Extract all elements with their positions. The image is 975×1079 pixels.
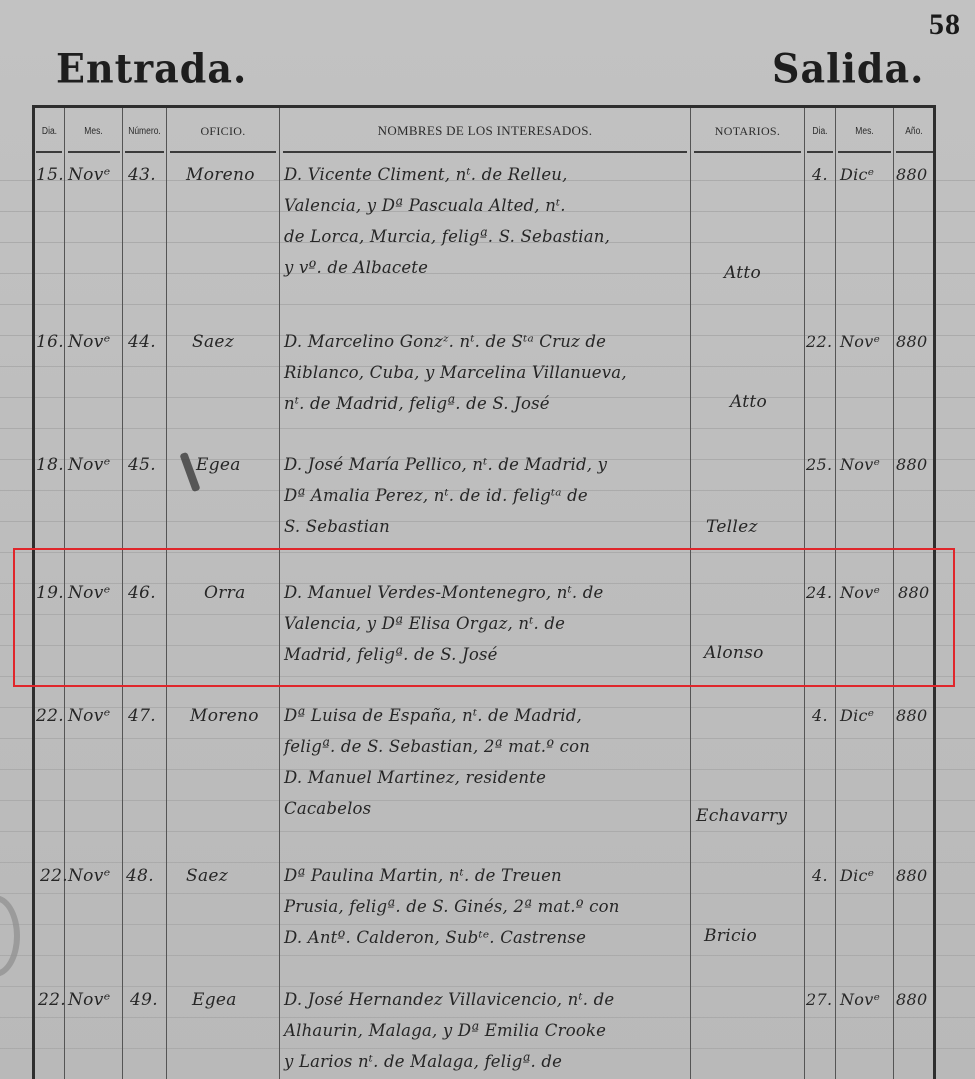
entry-mes: Novᵉ <box>68 706 111 726</box>
entry-salida-ano: 880 <box>896 332 927 351</box>
entry-salida-ano: 880 <box>896 455 927 474</box>
entry-salida-ano: 880 <box>898 583 929 602</box>
entry-dia: 22. <box>36 706 64 726</box>
entry-salida-mes: Novᵉ <box>840 455 880 474</box>
entry-mes: Novᵉ <box>68 455 111 475</box>
entry-dia: 15. <box>36 165 64 185</box>
entry-salida-dia: 4. <box>812 165 828 184</box>
entry-oficio: Saez <box>186 866 228 886</box>
entry-salida-dia: 22. <box>806 332 832 351</box>
header-rule <box>896 151 933 153</box>
nombres-line: Alhaurin, Malaga, y Dª Emilia Crooke <box>284 1015 689 1046</box>
entry-notario: Echavarry <box>696 806 787 826</box>
entry-salida-mes: Dicᵉ <box>840 165 874 184</box>
entry-oficio: Saez <box>192 332 234 352</box>
header-dia: Dia. <box>37 108 62 154</box>
entry-salida-mes: Novᵉ <box>840 332 880 351</box>
column-divider <box>804 108 805 1079</box>
entry-numero: 45. <box>128 455 156 475</box>
header-rule <box>36 151 62 153</box>
entry-notario: Tellez <box>706 517 758 537</box>
entry-salida-ano: 880 <box>896 706 927 725</box>
header-rule <box>838 151 891 153</box>
entry-numero: 43. <box>128 165 156 185</box>
entry-oficio: Moreno <box>186 165 255 185</box>
column-divider <box>893 108 894 1079</box>
page-number: 58 <box>929 8 961 42</box>
entry-salida-dia: 24. <box>806 583 832 602</box>
header-rule <box>694 151 801 153</box>
entry-nombres: D. Manuel Verdes-Montenegro, nᵗ. de Vale… <box>284 577 689 670</box>
nombres-line: S. Sebastian <box>284 511 689 542</box>
entry-salida-mes: Novᵉ <box>840 583 880 602</box>
entry-salida-dia: 25. <box>806 455 832 474</box>
nombres-line: Riblanco, Cuba, y Marcelina Villanueva, <box>284 357 689 388</box>
entry-nombres: D. José María Pellico, nᵗ. de Madrid, y … <box>284 449 689 542</box>
nombres-line: feligª. de S. Sebastian, 2ª mat.º con <box>284 731 689 762</box>
nombres-line: Cacabelos <box>284 793 689 824</box>
entry-oficio: Egea <box>196 455 241 475</box>
entry-numero: 49. <box>130 990 158 1010</box>
header-oficio: OFICIO. <box>167 108 279 154</box>
nombres-line: D. Antº. Calderon, Subᵗᵉ. Castrense <box>284 922 689 953</box>
entry-nombres: Dª Paulina Martin, nᵗ. de Treuen Prusia,… <box>284 860 689 953</box>
entry-numero: 46. <box>128 583 156 603</box>
entry-dia: 16. <box>36 332 64 352</box>
column-divider <box>64 108 65 1079</box>
entry-oficio: Orra <box>204 583 246 603</box>
entry-numero: 47. <box>128 706 156 726</box>
column-divider <box>279 108 280 1079</box>
nombres-line: Prusia, feligª. de S. Ginés, 2ª mat.º co… <box>284 891 689 922</box>
entry-mes: Novᵉ <box>68 332 111 352</box>
nombres-line: y Larios nᵗ. de Malaga, feligª. de <box>284 1046 689 1077</box>
entry-notario: Bricio <box>704 926 757 946</box>
header-mes: Mes. <box>69 108 117 154</box>
nombres-line: D. Manuel Verdes-Montenegro, nᵗ. de <box>284 577 689 608</box>
entry-mes: Novᵉ <box>68 165 111 185</box>
entry-salida-dia: 4. <box>812 706 828 725</box>
nombres-line: D. Vicente Climent, nᵗ. de Relleu, <box>284 159 689 190</box>
header-rule <box>125 151 164 153</box>
entry-notario: Atto <box>730 392 767 412</box>
register-page: 58 Entrada. Salida. Dia. Mes. Número. OF… <box>0 0 975 1079</box>
nombres-line: Dª Luisa de España, nᵗ. de Madrid, <box>284 700 689 731</box>
entry-dia: 18. <box>36 455 64 475</box>
header-salida-dia: Dia. <box>807 108 833 154</box>
entry-mes: Novᵉ <box>68 583 111 603</box>
nombres-line: nᵗ. de Madrid, feligª. de S. José <box>284 388 689 419</box>
nombres-line: Valencia, y Dª Pascuala Alted, nᵗ. <box>284 190 689 221</box>
header-salida-mes: Mes. <box>840 108 888 154</box>
column-divider <box>835 108 836 1079</box>
entry-mes: Novᵉ <box>68 990 111 1010</box>
entry-salida-mes: Dicᵉ <box>840 706 874 725</box>
entry-salida-dia: 27. <box>806 990 832 1009</box>
entry-oficio: Egea <box>192 990 237 1010</box>
nombres-line: D. Manuel Martinez, residente <box>284 762 689 793</box>
nombres-line: D. Marcelino Gonzᶻ. nᵗ. de Sᵗᵃ Cruz de <box>284 326 689 357</box>
nombres-line: D. José María Pellico, nᵗ. de Madrid, y <box>284 449 689 480</box>
entry-mes: Novᵉ <box>68 866 111 886</box>
nombres-line: y vº. de Albacete <box>284 252 689 283</box>
entry-nombres: Dª Luisa de España, nᵗ. de Madrid, felig… <box>284 700 689 824</box>
nombres-line: D. José Hernandez Villavicencio, nᵗ. de <box>284 984 689 1015</box>
entry-salida-mes: Dicᵉ <box>840 866 874 885</box>
entry-nombres: D. Vicente Climent, nᵗ. de Relleu, Valen… <box>284 159 689 283</box>
entry-nombres: D. Marcelino Gonzᶻ. nᵗ. de Sᵗᵃ Cruz de R… <box>284 326 689 419</box>
entry-dia: 22. <box>38 990 66 1010</box>
entry-salida-ano: 880 <box>896 866 927 885</box>
header-rule <box>170 151 276 153</box>
entry-nombres: D. José Hernandez Villavicencio, nᵗ. de … <box>284 984 689 1077</box>
entrada-heading: Entrada. <box>56 45 247 92</box>
header-salida-ano: Año. <box>897 108 931 154</box>
nombres-line: Dª Amalia Perez, nᵗ. de id. feligᵗᵃ de <box>284 480 689 511</box>
entry-numero: 44. <box>128 332 156 352</box>
entry-salida-mes: Novᵉ <box>840 990 880 1009</box>
column-divider <box>690 108 691 1079</box>
header-notarios: NOTARIOS. <box>691 108 804 154</box>
header-rule <box>807 151 833 153</box>
nombres-line: Dª Paulina Martin, nᵗ. de Treuen <box>284 860 689 891</box>
entry-salida-dia: 4. <box>812 866 828 885</box>
nombres-line: Madrid, feligª. de S. José <box>284 639 689 670</box>
entry-salida-ano: 880 <box>896 990 927 1009</box>
column-divider <box>122 108 123 1079</box>
entry-dia: 22. <box>40 866 68 886</box>
header-nombres: NOMBRES DE LOS INTERESADOS. <box>280 108 690 154</box>
entry-oficio: Moreno <box>190 706 259 726</box>
column-divider <box>166 108 167 1079</box>
entry-numero: 48. <box>126 866 154 886</box>
header-numero: Número. <box>126 108 163 154</box>
header-rule <box>68 151 120 153</box>
entry-notario: Alonso <box>704 643 764 663</box>
nombres-line: de Lorca, Murcia, feligª. S. Sebastian, <box>284 221 689 252</box>
entry-dia: 19. <box>36 583 64 603</box>
salida-heading: Salida. <box>772 45 924 92</box>
nombres-line: Valencia, y Dª Elisa Orgaz, nᵗ. de <box>284 608 689 639</box>
header-rule <box>283 151 687 153</box>
entry-salida-ano: 880 <box>896 165 927 184</box>
entry-notario: Atto <box>724 263 761 283</box>
